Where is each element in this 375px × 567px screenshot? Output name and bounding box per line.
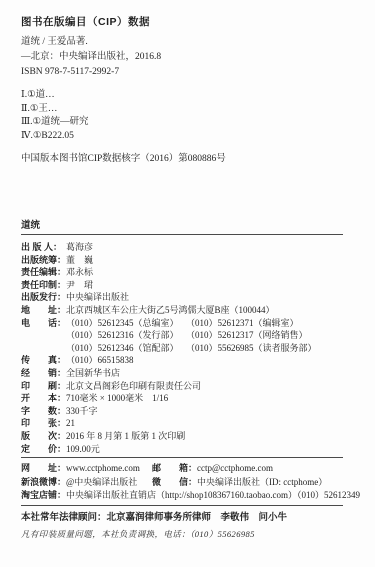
classification-line-1: Ⅰ.①道… bbox=[21, 89, 343, 103]
cip-isbn: ISBN 978-7-5117-2992-7 bbox=[21, 65, 343, 80]
contact-row-weibo-wechat: 新浪微博：@中央编译出版社微 信：中央编译出版社（ID: cctphome） bbox=[21, 476, 343, 490]
repair-note-line: 凡有印装质量问题，本社负责调换，电话：（010）55626985 bbox=[21, 529, 343, 540]
colophon-label: 出 版 人： bbox=[21, 241, 66, 254]
colophon-row-phone-1: 电 话：（010）52612345（总编室）（010）52612371（编辑室） bbox=[21, 317, 343, 330]
colophon-label: 出版统筹： bbox=[21, 254, 66, 267]
colophon-row-fax: 传 真：（010）66515838 bbox=[21, 354, 343, 367]
divider-rule-top bbox=[21, 234, 343, 235]
cip-title-author: 道统 / 王爱品著. bbox=[21, 35, 343, 50]
phone-value-2: （010）55626985（读者服务部） bbox=[186, 343, 317, 353]
wechat-id: 中央编译出版社（ID: cctphome） bbox=[197, 477, 327, 487]
colophon-row-editor: 责任编辑：邓永标 bbox=[21, 266, 343, 279]
copyright-page: 图书在版编目（CIP）数据 道统 / 王爱品著. —北京：中央编译出版社，201… bbox=[0, 0, 375, 567]
cip-publisher-line: —北京：中央编译出版社，2016.8 bbox=[21, 50, 343, 65]
colophon-row-phone-2: （010）52612316（发行部）（010）52612317（网络销售） bbox=[21, 329, 343, 342]
colophon-value: 2016 年 8 月第 1 版第 1 次印刷 bbox=[66, 431, 185, 441]
weibo-handle: @中央编译出版社 bbox=[66, 476, 152, 490]
classification-line-3: Ⅲ.①道统—研究 bbox=[21, 116, 343, 130]
colophon-value: 葛海彦 bbox=[66, 242, 93, 252]
colophon-row-publisher: 出版发行：中央编译出版社 bbox=[21, 291, 343, 304]
colophon-row-phone-3: （010）52612346（馆配部）（010）55626985（读者服务部） bbox=[21, 342, 343, 355]
colophon-value: 21 bbox=[66, 418, 75, 428]
phone-value: （010）52612345（总编室） bbox=[66, 317, 186, 330]
colophon-row-print-supervisor: 责任印制：尹 珺 bbox=[21, 279, 343, 292]
colophon-row-coordinator: 出版统筹：董 巍 bbox=[21, 254, 343, 267]
colophon-value: （010）66515838 bbox=[66, 355, 134, 365]
contact-label: 新浪微博： bbox=[21, 476, 66, 490]
taobao-store: 中央编译出版社直销店（http://shop108367160.taobao.c… bbox=[66, 490, 360, 500]
colophon-label: 版 次： bbox=[21, 430, 66, 443]
contact-label: 网 址： bbox=[21, 462, 66, 476]
colophon-value: 中央编译出版社 bbox=[66, 292, 129, 302]
phone-value: （010）52612346（馆配部） bbox=[66, 342, 186, 355]
colophon-label: 印 刷： bbox=[21, 380, 66, 393]
colophon-row-word-count: 字 数：330千字 bbox=[21, 405, 343, 418]
colophon-value: 北京西城区车公庄大街乙5号鸿儒大厦B座（100044） bbox=[66, 305, 275, 315]
colophon-row-distribution: 经 销：全国新华书店 bbox=[21, 367, 343, 380]
colophon-row-price: 定 价：109.00元 bbox=[21, 443, 343, 456]
cip-heading: 图书在版编目（CIP）数据 bbox=[21, 14, 343, 29]
colophon-label: 开 本： bbox=[21, 392, 66, 405]
cip-record-number: 中国版本图书馆CIP数据核字（2016）第080886号 bbox=[21, 152, 343, 166]
divider-rule-bottom bbox=[21, 505, 343, 506]
colophon-label: 责任印制： bbox=[21, 279, 66, 292]
colophon-value: 710毫米 × 1000毫米 1/16 bbox=[66, 393, 168, 403]
colophon-value: 109.00元 bbox=[66, 444, 100, 454]
contact-label: 淘宝店铺： bbox=[21, 489, 66, 503]
colophon-row-edition: 版 次：2016 年 8 月第 1 版第 1 次印刷 bbox=[21, 430, 343, 443]
contact-row-web-email: 网 址：www.cctphome.com邮 箱：cctp@cctphome.co… bbox=[21, 462, 343, 476]
contact-row-taobao: 淘宝店铺：中央编译出版社直销店（http://shop108367160.tao… bbox=[21, 489, 343, 503]
colophon-value: 北京文昌阁彩色印刷有限责任公司 bbox=[66, 381, 201, 391]
colophon-label: 传 真： bbox=[21, 354, 66, 367]
contact-section: 网 址：www.cctphome.com邮 箱：cctp@cctphome.co… bbox=[21, 462, 343, 503]
colophon-value: 全国新华书店 bbox=[66, 368, 120, 378]
colophon-row-publisher-person: 出 版 人：葛海彦 bbox=[21, 241, 343, 254]
colophon: 出 版 人：葛海彦 出版统筹：董 巍 责任编辑：邓永标 责任印制：尹 珺 出版发… bbox=[21, 241, 343, 455]
colophon-row-format: 开 本：710毫米 × 1000毫米 1/16 bbox=[21, 392, 343, 405]
colophon-label: 字 数： bbox=[21, 405, 66, 418]
cip-classification: Ⅰ.①道… Ⅱ.①王… Ⅲ.①道统—研究 Ⅳ.①B222.05 bbox=[21, 89, 343, 143]
book-title: 道统 bbox=[21, 220, 343, 232]
contact-label-2: 微 信： bbox=[152, 476, 197, 490]
colophon-row-printer: 印 刷：北京文昌阁彩色印刷有限责任公司 bbox=[21, 380, 343, 393]
phone-value: （010）52612316（发行部） bbox=[66, 329, 186, 342]
colophon-value: 邓永标 bbox=[66, 267, 93, 277]
colophon-value: 尹 珺 bbox=[66, 280, 93, 290]
phone-value-2: （010）52612317（网络销售） bbox=[186, 330, 308, 340]
colophon-label: 出版发行： bbox=[21, 291, 66, 304]
contact-label-2: 邮 箱： bbox=[152, 462, 197, 476]
colophon-value: 330千字 bbox=[66, 406, 98, 416]
colophon-label: 地 址： bbox=[21, 304, 66, 317]
divider-rule-middle bbox=[21, 457, 343, 458]
classification-line-4: Ⅳ.①B222.05 bbox=[21, 130, 343, 144]
colophon-row-sheets: 印 张：21 bbox=[21, 417, 343, 430]
phone-value-2: （010）52612371（编辑室） bbox=[186, 318, 299, 328]
colophon-value: 董 巍 bbox=[66, 255, 93, 265]
legal-counsel-line: 本社常年法律顾问：北京嘉润律师事务所律师 李敬伟 问小牛 bbox=[21, 512, 343, 524]
colophon-label: 定 价： bbox=[21, 443, 66, 456]
colophon-label: 经 销： bbox=[21, 367, 66, 380]
colophon-label: 责任编辑： bbox=[21, 266, 66, 279]
website-url: www.cctphome.com bbox=[66, 462, 152, 476]
classification-line-2: Ⅱ.①王… bbox=[21, 103, 343, 117]
colophon-label: 印 张： bbox=[21, 417, 66, 430]
email-address: cctp@cctphome.com bbox=[197, 463, 273, 473]
colophon-row-address: 地 址：北京西城区车公庄大街乙5号鸿儒大厦B座（100044） bbox=[21, 304, 343, 317]
colophon-label: 电 话： bbox=[21, 317, 66, 330]
